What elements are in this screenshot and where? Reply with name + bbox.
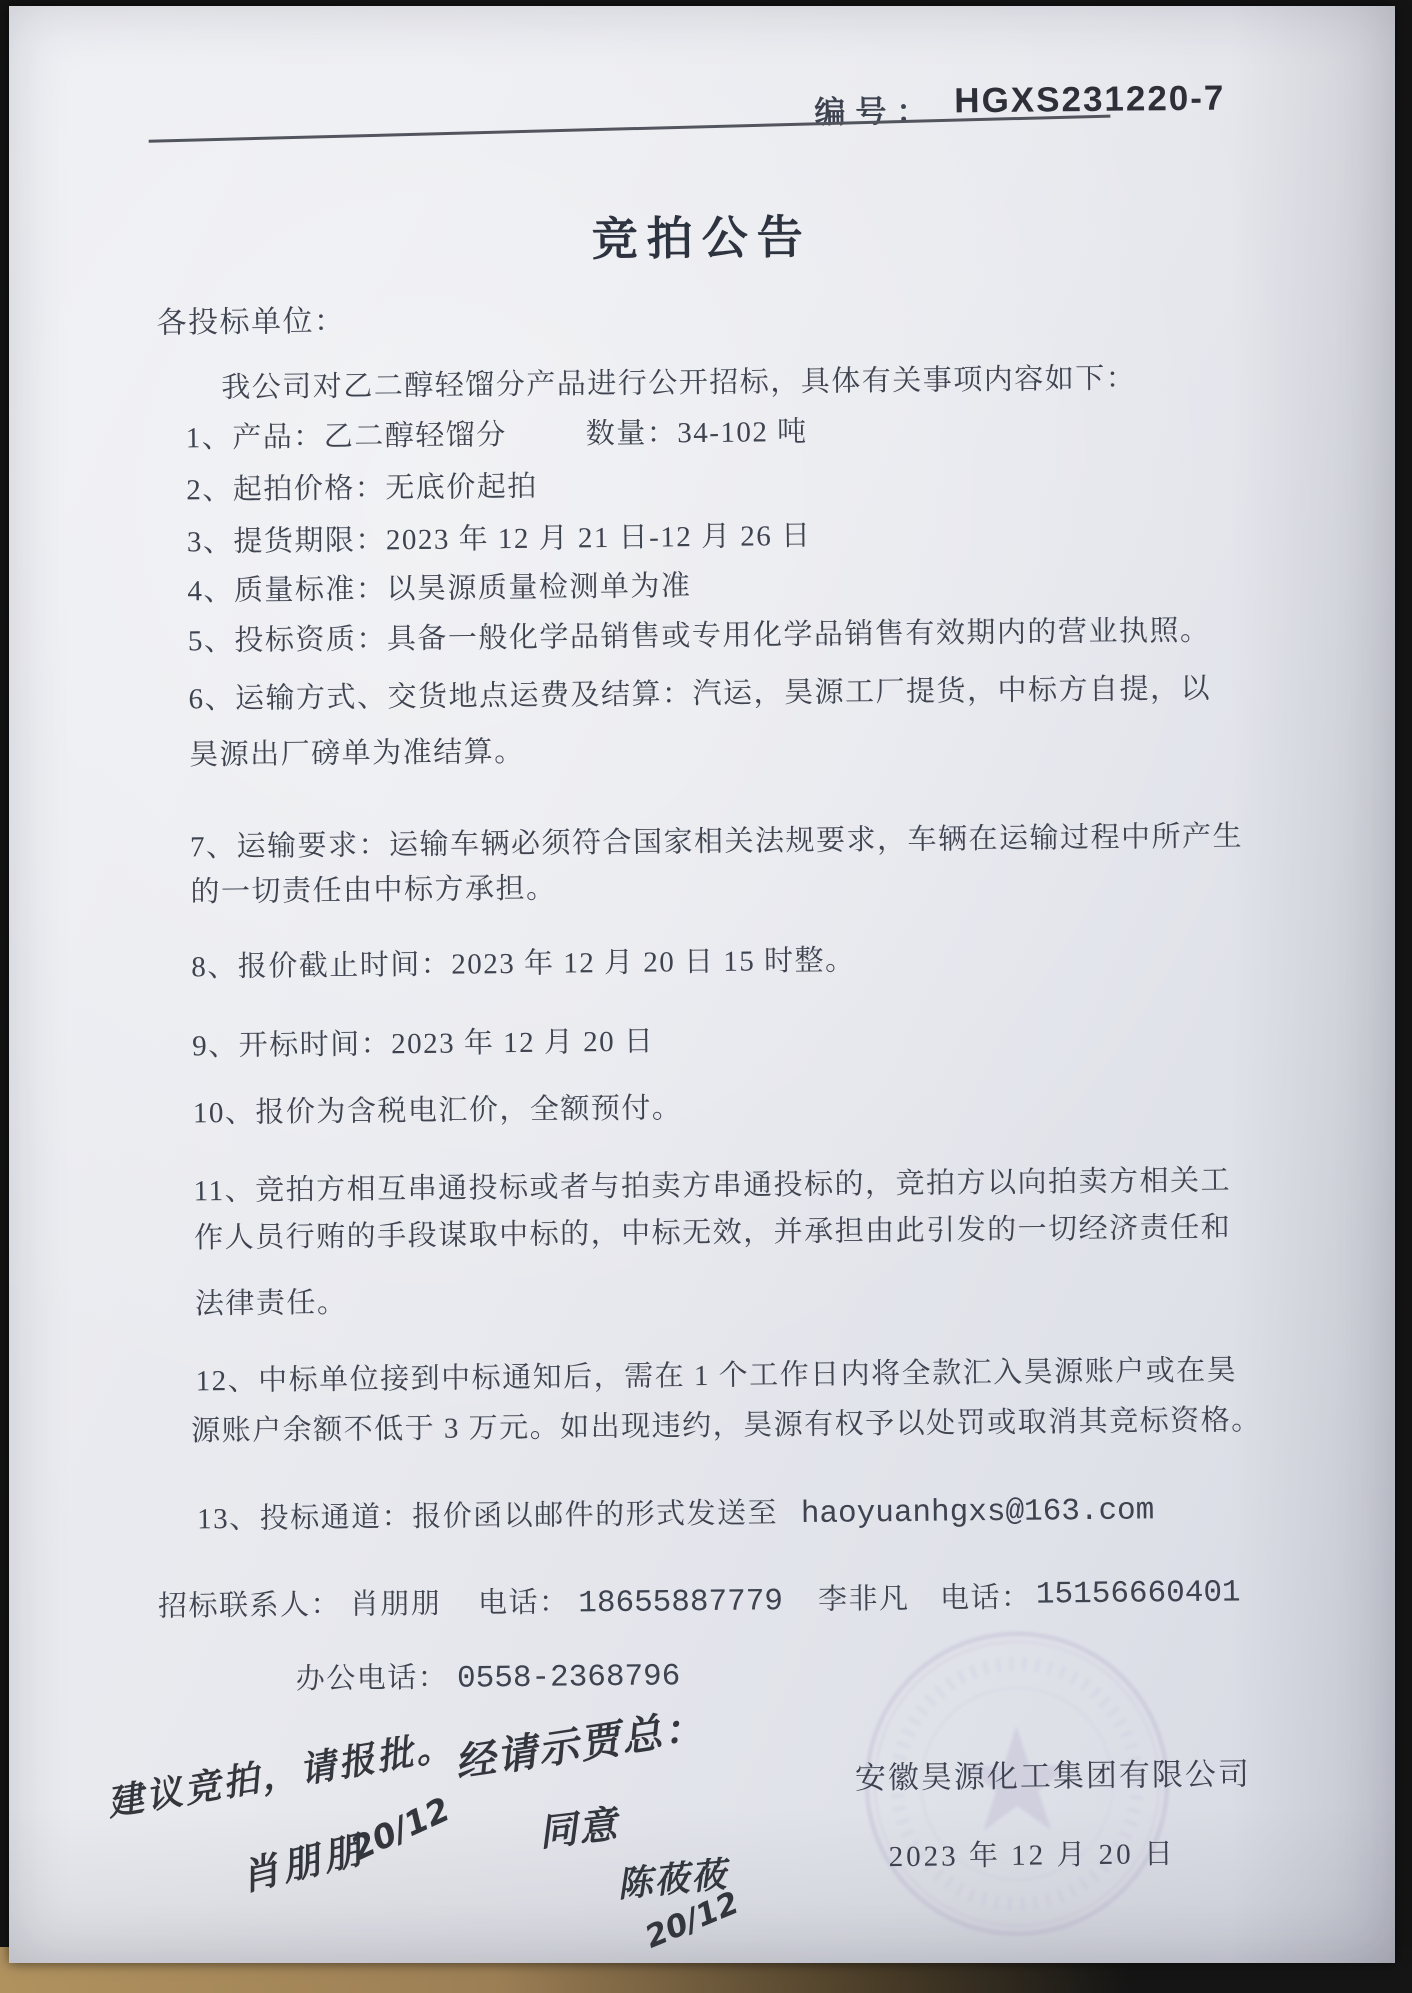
contact-1-name: 肖朋朋	[350, 1588, 442, 1621]
item-13: 13、投标通道：报价函以邮件的形式发送至 haoyuanhgxs@163.com	[197, 1486, 1155, 1538]
item-1-product: 1、产品：乙二醇轻馏分	[186, 419, 507, 454]
item-11-line-2: 作人员行贿的手段谋取中标的，中标无效，并承担由此引发的一切经济责任和	[194, 1205, 1231, 1257]
office-phone-row: 办公电话： 0558-2368796	[296, 1652, 681, 1698]
item-4: 4、质量标准：以昊源质量检测单为准	[187, 563, 691, 609]
page-title: 竞拍公告	[591, 201, 812, 269]
document-content: 编号： HGXS231220-7 竞拍公告 各投标单位： 我公司对乙二醇轻馏分产…	[0, 0, 1412, 1993]
item-6-line-2: 昊源出厂磅单为准结算。	[189, 729, 525, 774]
company-name: 安徽昊源化工集团有限公司	[855, 1748, 1251, 1797]
item-6-line-1: 6、运输方式、交货地点运费及结算：汽运，昊源工厂提货，中标方自提，以	[188, 666, 1211, 718]
handwritten-date-left: 20/12	[345, 1789, 456, 1868]
doc-number-label: 编号：	[814, 86, 937, 132]
handwritten-note-middle: 经请示贾总：	[451, 1695, 709, 1789]
item-7-line-1: 7、运输要求：运输车辆必须符合国家相关法规要求，车辆在运输过程中所产生	[190, 813, 1243, 865]
item-7-line-2: 的一切责任由中标方承担。	[190, 866, 556, 911]
item-12-line-2: 源账户余额不低于 3 万元。如出现违约，昊源有权予以处罚或取消其竞标资格。	[191, 1397, 1262, 1449]
salutation: 各投标单位：	[156, 296, 345, 342]
item-13-prefix: 13、投标通道：报价函以邮件的形式发送至	[197, 1497, 778, 1535]
item-9: 9、开标时间：2023 年 12 月 20 日	[192, 1019, 655, 1065]
item-11-line-1: 11、竞拍方相互串通投标或者与拍卖方串通投标的，竞拍方以向拍卖方相关工	[193, 1158, 1231, 1210]
item-1: 1、产品：乙二醇轻馏分 数量：34-102 吨	[186, 412, 507, 456]
item-1-quantity: 数量：34-102 吨	[586, 409, 808, 452]
intro-line: 我公司对乙二醇轻馏分产品进行公开招标，具体有关事项内容如下：	[221, 355, 1136, 406]
item-3: 3、提货期限：2023 年 12 月 21 日-12 月 26 日	[187, 513, 812, 561]
contact-label: 招标联系人：	[158, 1589, 341, 1623]
contact-2-phone: 15156660401	[1036, 1575, 1241, 1612]
item-12-line-1: 12、中标单位接到中标通知后，需在 1 个工作日内将全款汇入昊源账户或在昊	[195, 1347, 1237, 1399]
contact-2-name: 李非凡	[818, 1576, 910, 1618]
contact-1-phone: 18655887779	[578, 1584, 783, 1621]
phone-label-2: 电话：	[940, 1575, 1032, 1617]
office-phone-label: 办公电话：	[296, 1662, 449, 1696]
handwritten-approval: 同意	[535, 1793, 621, 1857]
phone-label-1: 电话：	[478, 1586, 570, 1619]
signature-date: 2023 年 12 月 20 日	[888, 1831, 1176, 1875]
item-8: 8、报价截止时间：2023 年 12 月 20 日 15 时整。	[191, 937, 856, 985]
item-2: 2、起拍价格：无底价起拍	[186, 464, 538, 509]
contacts-row: 招标联系人： 肖朋朋 电话： 18655887779 李非凡 电话： 15156…	[158, 1577, 783, 1626]
item-10: 10、报价为含税电汇价，全额预付。	[193, 1085, 683, 1131]
bid-email: haoyuanhgxs@163.com	[801, 1493, 1155, 1532]
item-11-line-3: 法律责任。	[195, 1280, 348, 1323]
office-phone-value: 0558-2368796	[457, 1659, 681, 1696]
item-5: 5、投标资质：具备一般化学品销售或专用化学品销售有效期内的营业执照。	[188, 608, 1211, 660]
header-rule	[149, 115, 1111, 143]
